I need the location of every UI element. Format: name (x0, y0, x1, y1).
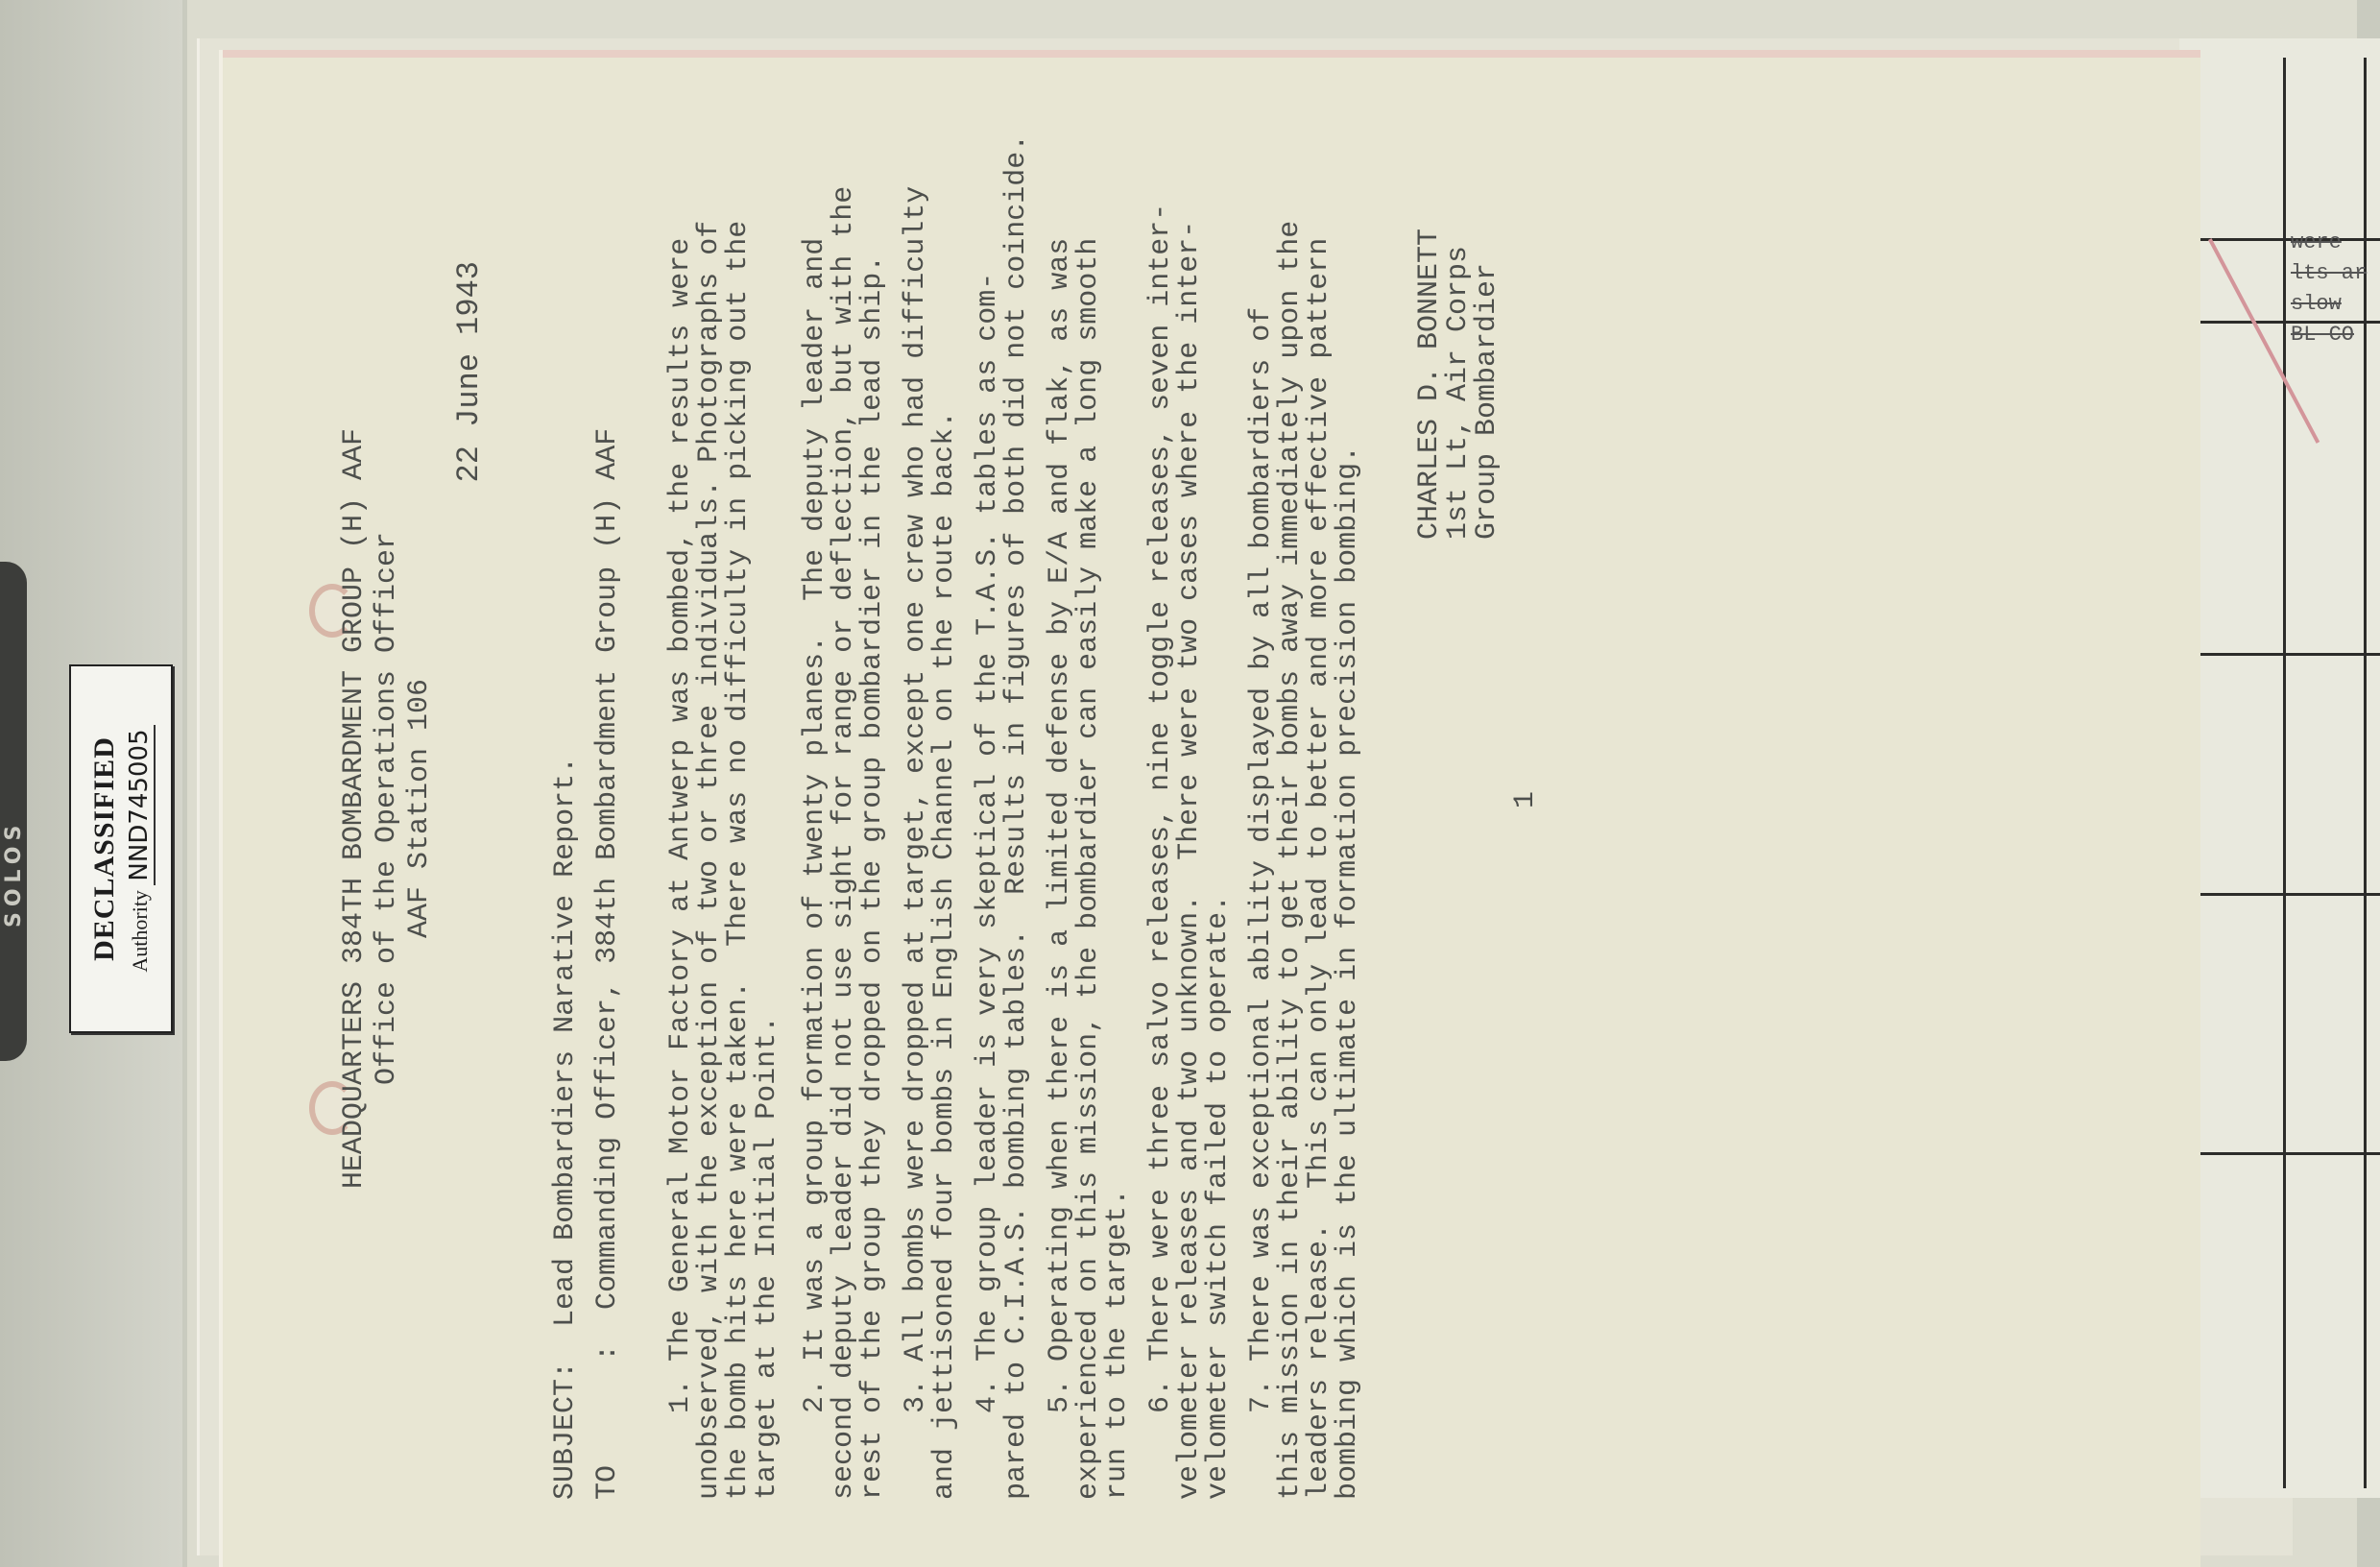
signature-block: CHARLES D. BONNETT 1st Lt, Air Corps Gro… (1413, 229, 1500, 540)
stamp-authority-value: NND745005 (125, 725, 156, 884)
subject-value: Lead Bombardiers Narative Report. (549, 757, 582, 1327)
signer-name: CHARLES D. BONNETT (1413, 229, 1442, 540)
text-line: the bomb hits here were taken. There was… (722, 117, 751, 1500)
paragraph-2: 2. It was a group formation of twenty pl… (799, 117, 885, 1500)
letterhead-unit: HEADQUARTERS 384TH BOMBARDMENT GROUP (H)… (338, 117, 371, 1500)
text-line: 5. Operating when there is a limited def… (1044, 117, 1072, 1500)
letterhead-office: Office of the Operations Officer (371, 117, 403, 1500)
underlying-text-fragment: slow (2291, 292, 2342, 316)
underlying-table-sheet (2179, 38, 2380, 1498)
text-line: 1. The General Motor Factory at Antwerp … (664, 117, 693, 1500)
letterhead: HEADQUARTERS 384TH BOMBARDMENT GROUP (H)… (338, 117, 436, 1500)
stamp-authority: Authority NND745005 (125, 725, 154, 972)
page-number: 1 (1509, 791, 1542, 808)
paragraph-5: 5. Operating when there is a limited def… (1044, 117, 1130, 1500)
text-line: leaders release. This can only lead to b… (1303, 117, 1332, 1500)
declassified-stamp: DECLASSIFIED Authority NND745005 (69, 664, 173, 1033)
text-line: velometer switch failed to operate. (1202, 117, 1231, 1500)
text-line: run to the target. (1101, 117, 1130, 1500)
table-rule (2199, 238, 2380, 241)
table-rule (2199, 1152, 2380, 1155)
document-content: HEADQUARTERS 384TH BOMBARDMENT GROUP (H)… (261, 117, 2162, 1500)
text-line: velometer releases and two unknown. Ther… (1173, 117, 1202, 1500)
text-line: and jettisoned four bombs in English Cha… (928, 117, 957, 1500)
table-rule (2199, 893, 2380, 896)
stamp-title: DECLASSIFIED (88, 736, 121, 961)
text-line: 3. All bombs were dropped at target, exc… (900, 117, 928, 1500)
table-rule (2283, 58, 2286, 1488)
underlying-text-fragment: were (2291, 230, 2342, 254)
text-line: target at the Initial Point. (751, 117, 780, 1500)
paragraph-4: 4. The group leader is very skeptical of… (972, 117, 1029, 1500)
text-line: second deputy leader did not use sight f… (828, 117, 856, 1500)
text-line: pared to C.I.A.S. bombing tables. Result… (1000, 117, 1029, 1500)
underlying-text-fragment: lts ar (2291, 261, 2367, 285)
paragraph-3: 3. All bombs were dropped at target, exc… (900, 117, 957, 1500)
text-line: rest of the group they dropped on the gr… (856, 117, 885, 1500)
table-rule (2199, 653, 2380, 656)
letterhead-station: AAF Station 106 (403, 117, 436, 1500)
paragraph-7: 7. There was exceptional ability display… (1245, 117, 1360, 1500)
to-label: TO : (591, 1344, 624, 1500)
signer-title: Group Bombardier (1471, 229, 1500, 540)
signer-rank: 1st Lt, Air Corps (1442, 229, 1471, 540)
document-date: 22 June 1943 (453, 261, 486, 482)
subject-label: SUBJECT: (549, 1362, 582, 1500)
paragraph-6: 6. There were three salvo releases, nine… (1144, 117, 1231, 1500)
subject-line: SUBJECT: Lead Bombardiers Narative Repor… (549, 117, 591, 1500)
underlying-text-fragment: BL CO (2291, 323, 2354, 347)
text-line: 4. The group leader is very skeptical of… (972, 117, 1000, 1500)
text-line: 6. There were three salvo releases, nine… (1144, 117, 1173, 1500)
text-line: 2. It was a group formation of twenty pl… (799, 117, 828, 1500)
text-line: 7. There was exceptional ability display… (1245, 117, 1274, 1500)
address-block: SUBJECT: Lead Bombardiers Narative Repor… (549, 117, 634, 1500)
page-edge (223, 50, 2200, 58)
binder-label: SOLOS (2, 749, 25, 999)
text-line: this mission in their ability to get the… (1274, 117, 1303, 1500)
text-line: unobserved, with the exception of two or… (693, 117, 722, 1500)
paragraph-1: 1. The General Motor Factory at Antwerp … (664, 117, 780, 1500)
to-value: Commanding Officer, 384th Bombardment Gr… (591, 428, 624, 1310)
stamp-authority-label: Authority (128, 890, 152, 973)
text-line: bombing which is the ultimate in formati… (1332, 117, 1360, 1500)
to-line: TO : Commanding Officer, 384th Bombardme… (591, 117, 634, 1500)
text-line: experienced on this mission, the bombard… (1072, 117, 1101, 1500)
